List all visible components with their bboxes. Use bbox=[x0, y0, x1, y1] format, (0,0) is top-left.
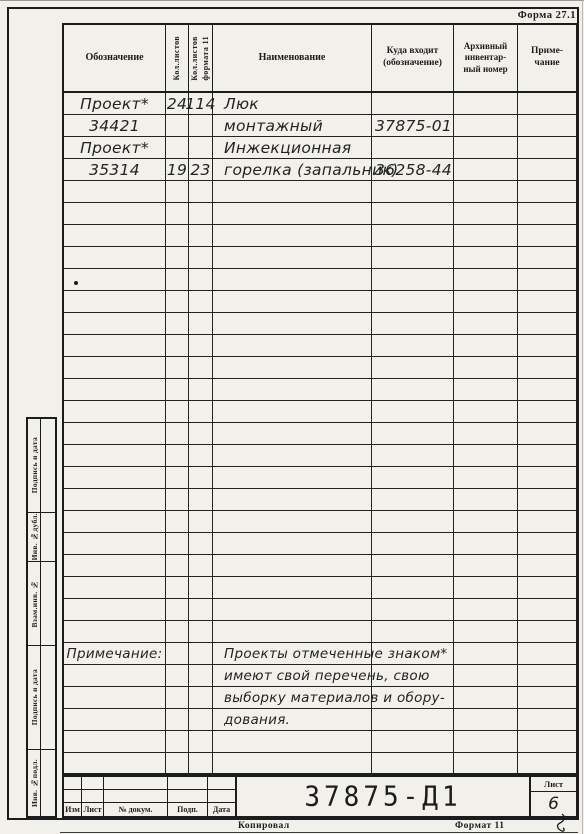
table-cell-format11 bbox=[189, 313, 213, 334]
table-cell-remark bbox=[518, 577, 576, 598]
handwritten-entry: выборку материалов и обору- bbox=[224, 690, 445, 706]
paper-edge bbox=[0, 0, 584, 1]
table-cell-name bbox=[213, 599, 372, 620]
handwritten-entry: Инжекционная bbox=[224, 139, 351, 157]
table-cell-where: 37875-01 bbox=[372, 115, 454, 136]
table-row: имеют свой перечень, свою bbox=[64, 665, 576, 687]
table-cell-where bbox=[372, 247, 454, 268]
table-cell-designation bbox=[64, 357, 166, 378]
table-cell-remark bbox=[518, 753, 576, 775]
table-cell-archive bbox=[454, 643, 518, 664]
table-cell-sheets: 19 bbox=[166, 159, 189, 180]
table-cell-remark bbox=[518, 203, 576, 224]
table-row bbox=[64, 753, 576, 775]
column-doc-number: № докум. bbox=[104, 777, 168, 816]
table-cell-designation bbox=[64, 577, 166, 598]
handwritten-entry: имеют свой перечень, свою bbox=[224, 668, 430, 684]
table-cell-archive bbox=[454, 445, 518, 466]
table-row: 353141923горелка (запальник)36258-44 bbox=[64, 159, 576, 181]
table-cell-format11 bbox=[189, 291, 213, 312]
table-cell-where bbox=[372, 533, 454, 554]
table-cell-name: Люк bbox=[213, 93, 372, 114]
table-cell-format11 bbox=[189, 665, 213, 686]
table-row bbox=[64, 423, 576, 445]
table-cell-format11 bbox=[189, 577, 213, 598]
table-cell-designation: Примечание: bbox=[64, 643, 166, 664]
table-row bbox=[64, 203, 576, 225]
table-cell-remark bbox=[518, 379, 576, 400]
table-cell-name bbox=[213, 533, 372, 554]
table-cell-name bbox=[213, 291, 372, 312]
table-cell-name bbox=[213, 203, 372, 224]
table-row bbox=[64, 291, 576, 313]
table-cell-name bbox=[213, 467, 372, 488]
table-cell-sheets bbox=[166, 357, 189, 378]
table-cell-designation bbox=[64, 467, 166, 488]
table-cell-format11 bbox=[189, 269, 213, 290]
table-cell-name bbox=[213, 269, 372, 290]
handwritten-entry: 19 bbox=[167, 161, 187, 179]
table-cell-where bbox=[372, 423, 454, 444]
table-cell-where bbox=[372, 621, 454, 642]
table-cell-archive bbox=[454, 709, 518, 730]
table-cell-remark bbox=[518, 511, 576, 532]
table-cell-name bbox=[213, 621, 372, 642]
table-cell-sheets bbox=[166, 489, 189, 510]
table-cell-designation bbox=[64, 599, 166, 620]
sheet-label: Лист bbox=[531, 777, 576, 792]
table-cell-name: дования. bbox=[213, 709, 372, 730]
table-cell-sheets bbox=[166, 203, 189, 224]
table-cell-where bbox=[372, 291, 454, 312]
header-remark: Приме-чание bbox=[518, 25, 576, 91]
table-cell-archive bbox=[454, 203, 518, 224]
table-cell-name bbox=[213, 511, 372, 532]
table-cell-format11 bbox=[189, 489, 213, 510]
table-row bbox=[64, 599, 576, 621]
table-cell-name: Инжекционная bbox=[213, 137, 372, 158]
table-cell-name bbox=[213, 731, 372, 752]
label-podp: Подп. bbox=[168, 803, 207, 816]
table-cell-format11 bbox=[189, 731, 213, 752]
table-cell-name bbox=[213, 181, 372, 202]
table-cell-designation bbox=[64, 665, 166, 686]
table-cell-sheets bbox=[166, 115, 189, 136]
table-cell-remark bbox=[518, 467, 576, 488]
table-cell-remark bbox=[518, 731, 576, 752]
table-cell-designation bbox=[64, 313, 166, 334]
table-cell-designation bbox=[64, 379, 166, 400]
handwritten-entry: 24 bbox=[167, 95, 187, 113]
table-cell-archive bbox=[454, 753, 518, 775]
scanned-document-page: Форма 27.1 Обозначение Кол.листов Кол.ли… bbox=[0, 0, 584, 834]
header-archive-number: Архивныйинвентар-ный номер bbox=[454, 25, 518, 91]
title-block-revision-grid: Изм Лист № докум. Подп. Дата bbox=[64, 777, 235, 816]
table-row bbox=[64, 379, 576, 401]
table-cell-sheets bbox=[166, 379, 189, 400]
table-cell-sheets bbox=[166, 511, 189, 532]
table-cell-where bbox=[372, 203, 454, 224]
left-signature-strip: Подпись и датаИнв. №дубл.Взам.инв. №Подп… bbox=[26, 417, 57, 818]
table-cell-remark bbox=[518, 709, 576, 730]
table-cell-format11 bbox=[189, 621, 213, 642]
table-cell-format11 bbox=[189, 137, 213, 158]
header-where-used: Куда входит(обозначение) bbox=[372, 25, 454, 91]
table-cell-designation bbox=[64, 731, 166, 752]
table-cell-remark bbox=[518, 533, 576, 554]
table-cell-remark bbox=[518, 599, 576, 620]
table-cell-name bbox=[213, 401, 372, 422]
strip-cell: Инв. №подл. bbox=[28, 750, 55, 816]
table-cell-format11 bbox=[189, 687, 213, 708]
table-cell-archive bbox=[454, 247, 518, 268]
table-cell-remark bbox=[518, 357, 576, 378]
table-cell-archive bbox=[454, 621, 518, 642]
table-cell-name: Проекты отмеченные знаком* bbox=[213, 643, 372, 664]
table-cell-remark bbox=[518, 665, 576, 686]
table-cell-sheets bbox=[166, 731, 189, 752]
table-row bbox=[64, 401, 576, 423]
table-cell-name bbox=[213, 357, 372, 378]
table-rows: Проект*24114Люк34421монтажный37875-01Про… bbox=[64, 93, 576, 775]
table-cell-format11 bbox=[189, 423, 213, 444]
table-cell-where bbox=[372, 137, 454, 158]
table-cell-name bbox=[213, 445, 372, 466]
table-cell-archive bbox=[454, 467, 518, 488]
table-cell-name bbox=[213, 555, 372, 576]
table-cell-designation bbox=[64, 687, 166, 708]
document-number: 37875-Д1 bbox=[304, 781, 461, 813]
table-cell-remark bbox=[518, 269, 576, 290]
table-cell-remark bbox=[518, 159, 576, 180]
table-cell-designation bbox=[64, 269, 166, 290]
paper-edge bbox=[582, 0, 583, 834]
table-cell-designation bbox=[64, 621, 166, 642]
table-cell-name: монтажный bbox=[213, 115, 372, 136]
table-cell-where bbox=[372, 401, 454, 422]
table-cell-archive bbox=[454, 599, 518, 620]
table-cell-archive bbox=[454, 335, 518, 356]
table-cell-archive bbox=[454, 181, 518, 202]
column-izm: Изм bbox=[64, 777, 82, 816]
table-row bbox=[64, 489, 576, 511]
label-list: Лист bbox=[82, 803, 103, 816]
table-cell-sheets bbox=[166, 555, 189, 576]
table-cell-where bbox=[372, 599, 454, 620]
table-row bbox=[64, 225, 576, 247]
table-cell-where: 36258-44 bbox=[372, 159, 454, 180]
table-cell-archive bbox=[454, 115, 518, 136]
table-cell-sheets bbox=[166, 181, 189, 202]
handwritten-entry: Примечание: bbox=[67, 646, 163, 662]
table-cell-remark bbox=[518, 401, 576, 422]
table-cell-remark bbox=[518, 181, 576, 202]
table-cell-archive bbox=[454, 225, 518, 246]
table-cell-designation bbox=[64, 225, 166, 246]
table-cell-where bbox=[372, 577, 454, 598]
table-cell-name bbox=[213, 247, 372, 268]
table-cell-sheets bbox=[166, 533, 189, 554]
table-cell-format11 bbox=[189, 643, 213, 664]
table-row bbox=[64, 181, 576, 203]
table-cell-archive bbox=[454, 93, 518, 114]
table-cell-designation: Проект* bbox=[64, 137, 166, 158]
table-row bbox=[64, 577, 576, 599]
handwritten-entry: 37875-01 bbox=[375, 117, 452, 135]
table-cell-sheets bbox=[166, 643, 189, 664]
table-cell-sheets bbox=[166, 687, 189, 708]
table-row: Проект*Инжекционная bbox=[64, 137, 576, 159]
signature-squiggle bbox=[552, 812, 570, 834]
handwritten-entry: горелка (запальник) bbox=[224, 161, 398, 179]
table-cell-archive bbox=[454, 665, 518, 686]
table-row bbox=[64, 621, 576, 643]
handwritten-entry: 36258-44 bbox=[375, 161, 452, 179]
table-cell-designation bbox=[64, 203, 166, 224]
table-cell-sheets bbox=[166, 621, 189, 642]
table-cell-remark bbox=[518, 291, 576, 312]
table-cell-archive bbox=[454, 379, 518, 400]
copied-label: Копировал bbox=[238, 821, 290, 831]
handwritten-entry: Люк bbox=[224, 95, 259, 113]
table-cell-where bbox=[372, 225, 454, 246]
table-cell-name: выборку материалов и обору- bbox=[213, 687, 372, 708]
strip-cell: Инв. №дубл. bbox=[28, 513, 55, 562]
strip-cell: Взам.инв. № bbox=[28, 562, 55, 646]
table-cell-designation bbox=[64, 291, 166, 312]
table-cell-format11 bbox=[189, 753, 213, 775]
table-cell-sheets bbox=[166, 313, 189, 334]
table-cell-format11 bbox=[189, 467, 213, 488]
strip-blank-cell bbox=[41, 419, 55, 512]
label-izm: Изм bbox=[64, 803, 81, 816]
table-row bbox=[64, 555, 576, 577]
table-cell-where bbox=[372, 313, 454, 334]
table-cell-remark bbox=[518, 423, 576, 444]
table-row bbox=[64, 533, 576, 555]
table-cell-remark bbox=[518, 137, 576, 158]
table-cell-format11 bbox=[189, 511, 213, 532]
header-sheet-count: Кол.листов bbox=[166, 25, 189, 91]
table-cell-format11: 23 bbox=[189, 159, 213, 180]
table-cell-name bbox=[213, 423, 372, 444]
table-cell-sheets bbox=[166, 753, 189, 775]
table-cell-format11 bbox=[189, 401, 213, 422]
table-row bbox=[64, 313, 576, 335]
table-cell-designation: 35314 bbox=[64, 159, 166, 180]
handwritten-entry: дования. bbox=[224, 712, 290, 728]
table-row bbox=[64, 335, 576, 357]
table-cell-archive bbox=[454, 159, 518, 180]
table-cell-sheets bbox=[166, 423, 189, 444]
table-cell-where bbox=[372, 489, 454, 510]
table-cell-sheets bbox=[166, 291, 189, 312]
handwritten-entry: Проекты отмеченные знаком* bbox=[224, 646, 447, 662]
strip-cell: Подпись и дата bbox=[28, 646, 55, 750]
table-cell-name bbox=[213, 753, 372, 775]
table-cell-designation bbox=[64, 181, 166, 202]
table-cell-name bbox=[213, 313, 372, 334]
table-cell-archive bbox=[454, 423, 518, 444]
table-cell-sheets bbox=[166, 445, 189, 466]
table-cell-designation bbox=[64, 753, 166, 775]
table-cell-archive bbox=[454, 489, 518, 510]
table-cell-archive bbox=[454, 269, 518, 290]
table-cell-format11 bbox=[189, 225, 213, 246]
strip-blank-cell bbox=[41, 646, 55, 749]
table-row bbox=[64, 445, 576, 467]
table-row: Проект*24114Люк bbox=[64, 93, 576, 115]
table-cell-where bbox=[372, 445, 454, 466]
table-cell-where bbox=[372, 753, 454, 775]
table-cell-remark bbox=[518, 313, 576, 334]
table-row: выборку материалов и обору- bbox=[64, 687, 576, 709]
table-cell-format11 bbox=[189, 379, 213, 400]
table-cell-remark bbox=[518, 335, 576, 356]
strip-blank-cell bbox=[41, 513, 55, 561]
table-cell-designation bbox=[64, 555, 166, 576]
table-cell-archive bbox=[454, 577, 518, 598]
table-cell-format11 bbox=[189, 115, 213, 136]
table-cell-where bbox=[372, 511, 454, 532]
table-cell-format11 bbox=[189, 555, 213, 576]
table-cell-designation bbox=[64, 709, 166, 730]
table-row bbox=[64, 269, 576, 291]
handwritten-entry: Проект* bbox=[80, 95, 149, 113]
table-cell-archive bbox=[454, 533, 518, 554]
table-cell-remark bbox=[518, 687, 576, 708]
table-cell-archive bbox=[454, 401, 518, 422]
table-cell-archive bbox=[454, 687, 518, 708]
table-cell-sheets bbox=[166, 247, 189, 268]
table-cell-format11 bbox=[189, 709, 213, 730]
table-cell-remark bbox=[518, 555, 576, 576]
table-cell-name: имеют свой перечень, свою bbox=[213, 665, 372, 686]
strip-blank-cell bbox=[41, 562, 55, 645]
table-cell-remark bbox=[518, 225, 576, 246]
table-cell-designation bbox=[64, 533, 166, 554]
table-cell-sheets bbox=[166, 665, 189, 686]
table-cell-format11: 114 bbox=[189, 93, 213, 114]
strip-label: Инв. №подл. bbox=[28, 750, 41, 816]
table-cell-sheets bbox=[166, 467, 189, 488]
handwritten-entry: 23 bbox=[190, 161, 210, 179]
ink-dot-artifact bbox=[74, 281, 78, 285]
table-cell-name bbox=[213, 225, 372, 246]
table-cell-designation bbox=[64, 423, 166, 444]
table-cell-where bbox=[372, 335, 454, 356]
handwritten-entry: монтажный bbox=[224, 117, 323, 135]
handwritten-entry: 114 bbox=[185, 95, 216, 113]
table-cell-format11 bbox=[189, 247, 213, 268]
table-row bbox=[64, 357, 576, 379]
table-cell-remark bbox=[518, 115, 576, 136]
table-cell-format11 bbox=[189, 335, 213, 356]
table-cell-name bbox=[213, 335, 372, 356]
table-row bbox=[64, 467, 576, 489]
table-row bbox=[64, 731, 576, 753]
table-cell-designation bbox=[64, 335, 166, 356]
table-cell-archive bbox=[454, 291, 518, 312]
sheet-box: Лист 6 bbox=[531, 777, 576, 816]
table-cell-archive bbox=[454, 137, 518, 158]
strip-blank-cell bbox=[41, 750, 55, 816]
specification-table: Обозначение Кол.листов Кол.листовформата… bbox=[62, 23, 578, 775]
strip-label: Подпись и дата bbox=[28, 419, 41, 512]
table-cell-format11 bbox=[189, 533, 213, 554]
column-podp: Подп. bbox=[168, 777, 208, 816]
table-cell-sheets bbox=[166, 225, 189, 246]
header-sheet-count-format11: Кол.листовформата 11 bbox=[189, 25, 213, 91]
table-cell-sheets bbox=[166, 599, 189, 620]
table-cell-designation: Проект* bbox=[64, 93, 166, 114]
table-header-row: Обозначение Кол.листов Кол.листовформата… bbox=[64, 25, 576, 93]
table-cell-where bbox=[372, 357, 454, 378]
footer-rule bbox=[60, 832, 578, 833]
column-data: Дата bbox=[208, 777, 235, 816]
table-cell-designation bbox=[64, 445, 166, 466]
table-cell-format11 bbox=[189, 599, 213, 620]
table-cell-where bbox=[372, 181, 454, 202]
table-cell-designation bbox=[64, 489, 166, 510]
title-block: Изм Лист № докум. Подп. Дата 37875-Д1 bbox=[62, 775, 578, 818]
handwritten-entry: 34421 bbox=[89, 117, 140, 135]
table-cell-format11 bbox=[189, 181, 213, 202]
strip-cell: Подпись и дата bbox=[28, 419, 55, 513]
strip-label: Инв. №дубл. bbox=[28, 513, 41, 561]
table-cell-format11 bbox=[189, 445, 213, 466]
table-cell-sheets bbox=[166, 137, 189, 158]
table-cell-designation bbox=[64, 511, 166, 532]
strip-label: Взам.инв. № bbox=[28, 562, 41, 645]
table-cell-remark bbox=[518, 93, 576, 114]
label-data: Дата bbox=[208, 803, 235, 816]
table-cell-archive bbox=[454, 511, 518, 532]
table-row bbox=[64, 511, 576, 533]
table-cell-sheets bbox=[166, 401, 189, 422]
header-name: Наименование bbox=[213, 25, 372, 91]
table-cell-archive bbox=[454, 357, 518, 378]
strip-label: Подпись и дата bbox=[28, 646, 41, 749]
handwritten-entry: 35314 bbox=[89, 161, 140, 179]
table-cell-remark bbox=[518, 445, 576, 466]
table-row: Примечание:Проекты отмеченные знаком* bbox=[64, 643, 576, 665]
table-cell-sheets bbox=[166, 269, 189, 290]
table-cell-where bbox=[372, 555, 454, 576]
table-cell-sheets bbox=[166, 577, 189, 598]
table-cell-designation: 34421 bbox=[64, 115, 166, 136]
column-list: Лист bbox=[82, 777, 104, 816]
header-designation: Обозначение bbox=[64, 25, 166, 91]
table-cell-remark bbox=[518, 489, 576, 510]
table-cell-where bbox=[372, 467, 454, 488]
table-cell-remark bbox=[518, 643, 576, 664]
table-cell-designation bbox=[64, 247, 166, 268]
table-cell-where bbox=[372, 731, 454, 752]
table-cell-remark bbox=[518, 621, 576, 642]
table-row: дования. bbox=[64, 709, 576, 731]
format-label: Формат 11 bbox=[455, 821, 504, 831]
table-row: 34421монтажный37875-01 bbox=[64, 115, 576, 137]
table-cell-sheets bbox=[166, 709, 189, 730]
table-cell-where bbox=[372, 709, 454, 730]
table-cell-where bbox=[372, 269, 454, 290]
document-number-cell: 37875-Д1 bbox=[235, 777, 531, 816]
table-cell-format11 bbox=[189, 203, 213, 224]
table-row bbox=[64, 247, 576, 269]
table-cell-name: горелка (запальник) bbox=[213, 159, 372, 180]
handwritten-entry: Проект* bbox=[80, 139, 149, 157]
